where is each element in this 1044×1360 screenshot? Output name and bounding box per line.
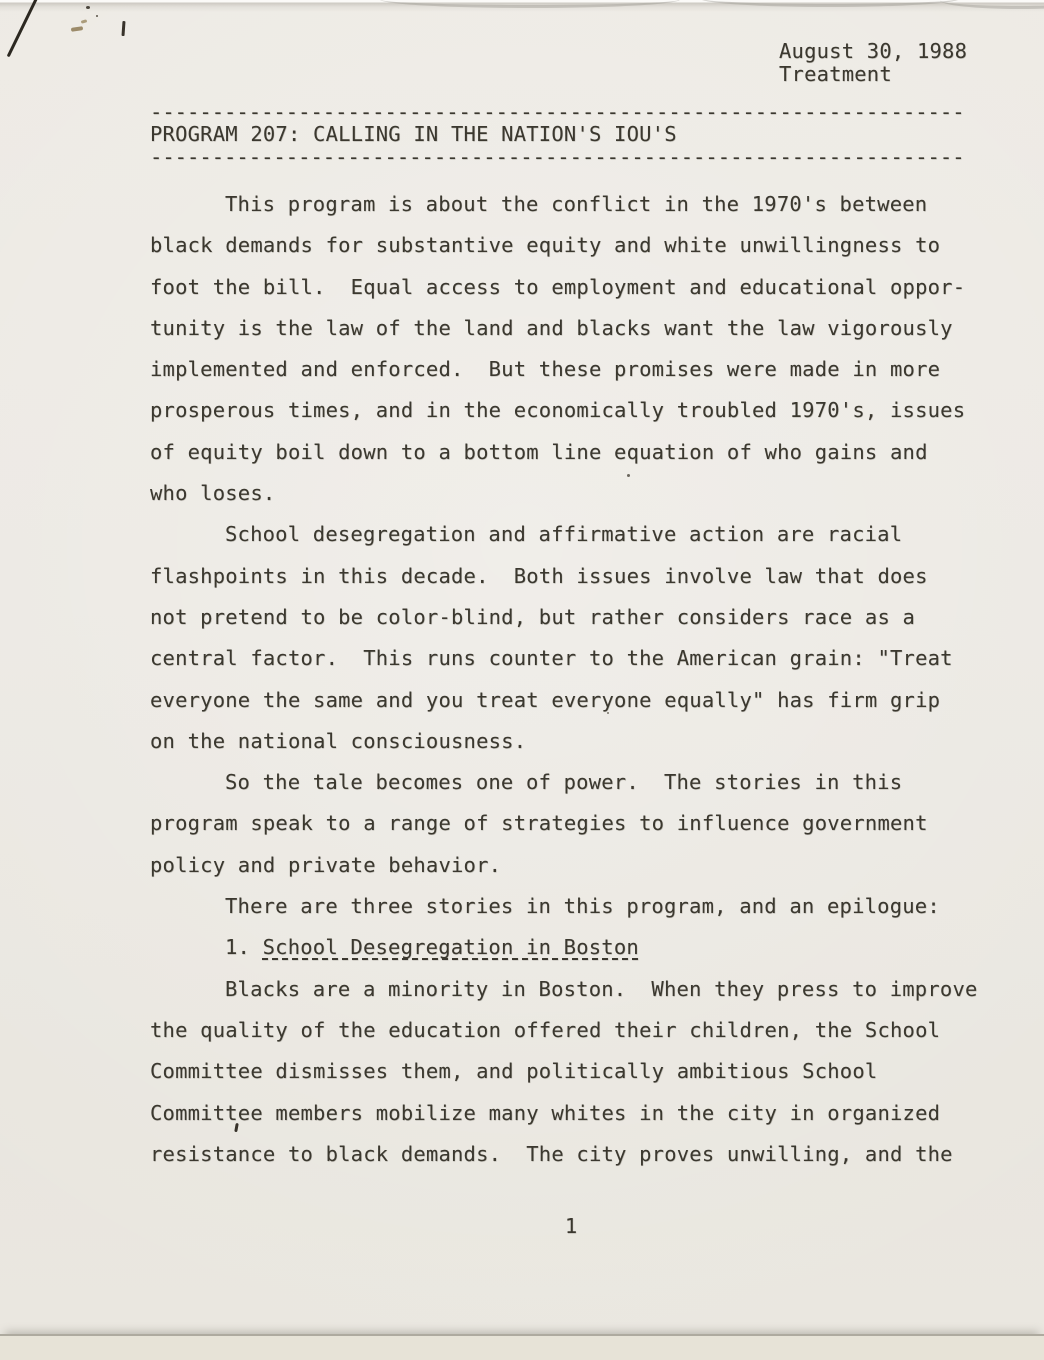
document-title: PROGRAM 207: CALLING IN THE NATION'S IOU…: [150, 123, 965, 145]
text-line: on the national consciousness.: [150, 721, 980, 762]
text-line: School desegregation and affirmative act…: [150, 514, 980, 555]
section-heading: 1. School Desegregation in Boston: [150, 927, 980, 968]
text-line: the quality of the education offered the…: [150, 1010, 980, 1051]
text-line: who loses.: [150, 473, 980, 514]
document-body: This program is about the conflict in th…: [150, 184, 980, 1175]
divider-top: ----------------------------------------…: [150, 101, 965, 123]
text-line: black demands for substantive equity and…: [150, 225, 980, 266]
text-line: There are three stories in this program,…: [150, 886, 980, 927]
text-line: policy and private behavior.: [150, 845, 980, 886]
section-heading-title: School Desegregation in Boston: [263, 935, 639, 959]
ink-smudge: [81, 19, 88, 23]
header-block: August 30, 1988 Treatment: [779, 40, 967, 85]
text-line: resistance to black demands. The city pr…: [150, 1134, 980, 1175]
date-line: August 30, 1988: [779, 40, 967, 63]
text-line: Blacks are a minority in Boston. When th…: [150, 969, 980, 1010]
text-line: This program is about the conflict in th…: [150, 184, 980, 225]
doc-type-line: Treatment: [779, 63, 967, 86]
text-line: everyone the same and you treat everyone…: [150, 680, 980, 721]
text-line: not pretend to be color-blind, but rathe…: [150, 597, 980, 638]
text-line: central factor. This runs counter to the…: [150, 638, 980, 679]
ink-smudge: [71, 26, 83, 32]
text-line: Committee dismisses them, and politicall…: [150, 1051, 980, 1092]
paper-bottom-edge: [0, 1334, 1044, 1360]
text-line: So the tale becomes one of power. The st…: [150, 762, 980, 803]
scanned-document-page: August 30, 1988 Treatment --------------…: [0, 0, 1044, 1360]
pen-mark-dot: [96, 15, 98, 17]
text-line: prosperous times, and in the economicall…: [150, 390, 980, 431]
divider-bottom: ----------------------------------------…: [150, 146, 965, 168]
text-line: foot the bill. Equal access to employmen…: [150, 267, 980, 308]
pen-mark-dot: [86, 6, 90, 9]
text-line: implemented and enforced. But these prom…: [150, 349, 980, 390]
text-line: of equity boil down to a bottom line equ…: [150, 432, 980, 473]
text-line: flashpoints in this decade. Both issues …: [150, 556, 980, 597]
title-block: ----------------------------------------…: [150, 101, 965, 168]
section-number: 1.: [225, 935, 263, 959]
text-line: tunity is the law of the land and blacks…: [150, 308, 980, 349]
text-line: Committee members mobilize many whites i…: [150, 1093, 980, 1134]
pen-mark-tick: [121, 21, 125, 36]
page-number: 1: [553, 1214, 589, 1238]
text-line: program speak to a range of strategies t…: [150, 803, 980, 844]
